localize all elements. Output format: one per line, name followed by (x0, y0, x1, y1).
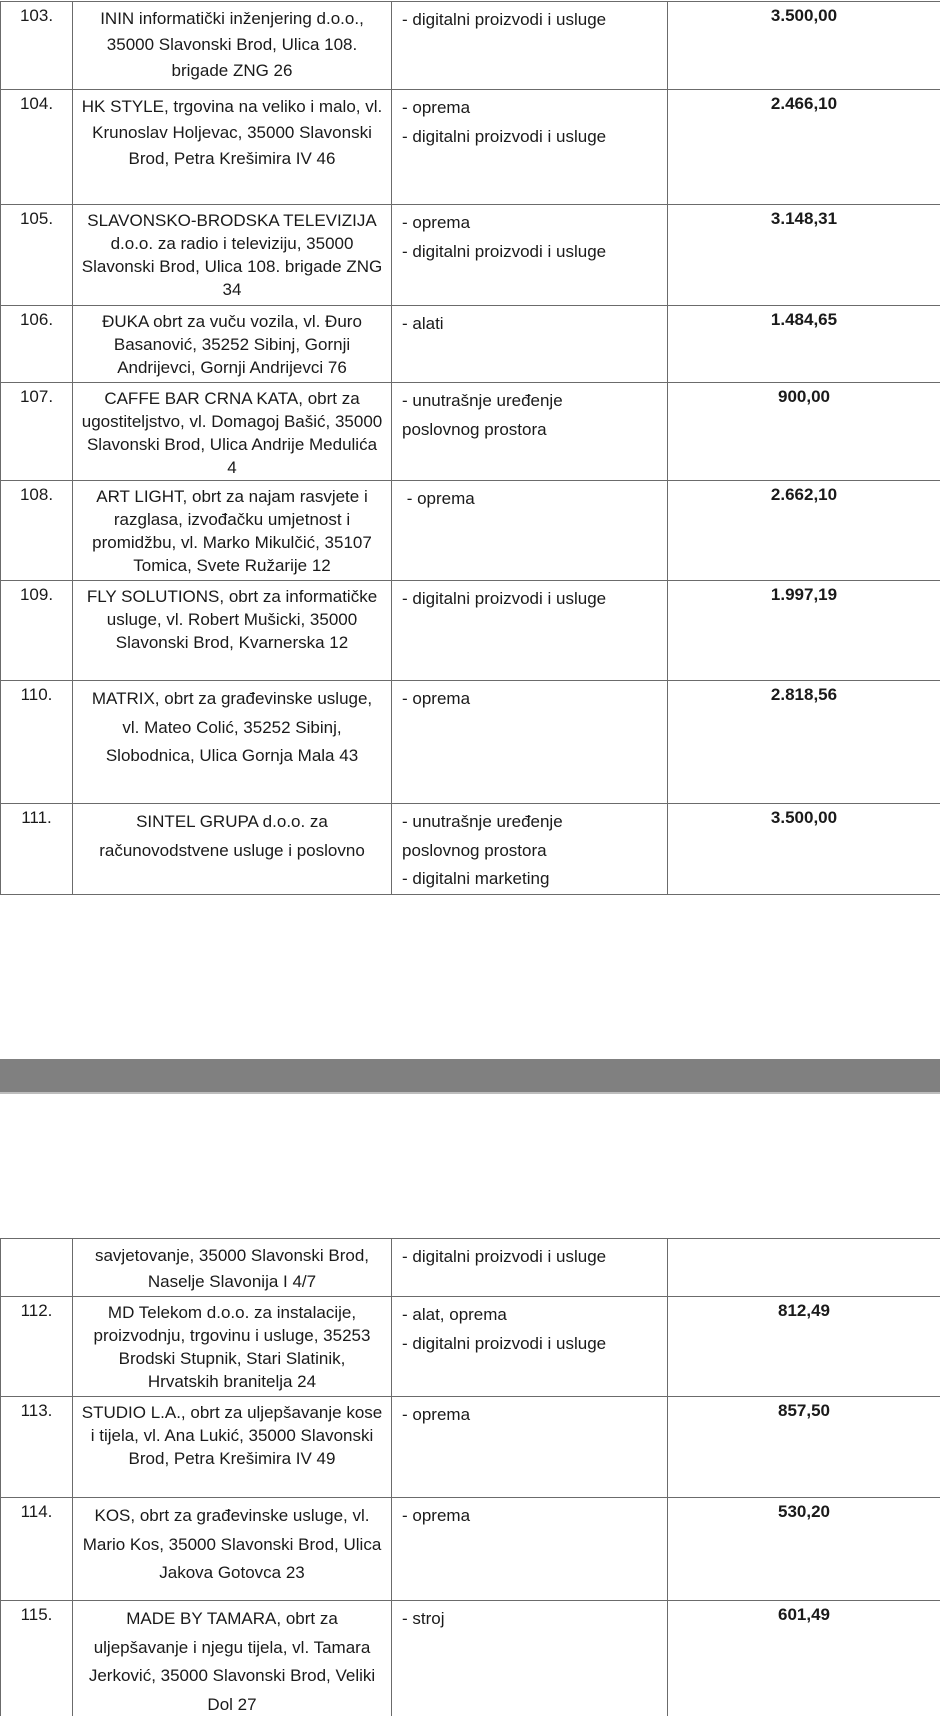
category-item: - unutrašnje uređenje (402, 808, 667, 837)
table-row: 108. ART LIGHT, obrt za najam rasvjete i… (1, 481, 940, 581)
category-item: - oprema (402, 209, 667, 238)
recipient-name-address: MADE BY TAMARA, obrt za uljepšavanje i n… (73, 1601, 392, 1716)
table-row: 114. KOS, obrt za građevinske usluge, vl… (1, 1498, 940, 1601)
grants-table-page-1: 103. ININ informatički inženjering d.o.o… (0, 1, 940, 895)
recipient-name-address: STUDIO L.A., obrt za uljepšavanje kose i… (73, 1397, 392, 1498)
grant-amount: 812,49 (668, 1297, 940, 1397)
row-number: 109. (1, 581, 73, 681)
expense-categories: - oprema- digitalni proizvodi i usluge (392, 90, 668, 205)
row-number: 112. (1, 1297, 73, 1397)
table-row: 112. MD Telekom d.o.o. za instalacije, p… (1, 1297, 940, 1397)
recipient-name-address: MATRIX, obrt za građevinske usluge, vl. … (73, 681, 392, 804)
expense-categories: - alat, oprema- digitalni proizvodi i us… (392, 1297, 668, 1397)
recipient-name-address: SINTEL GRUPA d.o.o. za računovodstvene u… (73, 804, 392, 895)
row-number: 103. (1, 2, 73, 90)
category-item: - digitalni marketing (402, 865, 667, 894)
grant-amount: 2.818,56 (668, 681, 940, 804)
page-break-separator (0, 1059, 940, 1094)
recipient-name-address: CAFFE BAR CRNA KATA, obrt za ugostiteljs… (73, 383, 392, 481)
recipient-name-address: savjetovanje, 35000 Slavonski Brod, Nase… (73, 1239, 392, 1297)
category-item: poslovnog prostora (402, 416, 667, 445)
category-item: - oprema (402, 485, 667, 514)
table-row: 110. MATRIX, obrt za građevinske usluge,… (1, 681, 940, 804)
row-number: 105. (1, 205, 73, 306)
category-item: - alati (402, 310, 667, 339)
row-number: 114. (1, 1498, 73, 1601)
category-item: - digitalni proizvodi i usluge (402, 585, 667, 614)
table-row: 103. ININ informatički inženjering d.o.o… (1, 2, 940, 90)
grants-table-page-2: savjetovanje, 35000 Slavonski Brod, Nase… (0, 1238, 940, 1716)
grant-amount: 3.500,00 (668, 804, 940, 895)
category-item: - digitalni proizvodi i usluge (402, 1243, 667, 1272)
recipient-name-address: MD Telekom d.o.o. za instalacije, proizv… (73, 1297, 392, 1397)
row-number: 104. (1, 90, 73, 205)
grant-amount: 2.662,10 (668, 481, 940, 581)
category-item: - digitalni proizvodi i usluge (402, 6, 667, 35)
category-item: - unutrašnje uređenje (402, 387, 667, 416)
grant-amount: 3.500,00 (668, 2, 940, 90)
row-number: 113. (1, 1397, 73, 1498)
grant-amount: 1.997,19 (668, 581, 940, 681)
recipient-name-address: KOS, obrt za građevinske usluge, vl. Mar… (73, 1498, 392, 1601)
expense-categories: - unutrašnje uređenjeposlovnog prostora (392, 383, 668, 481)
expense-categories: - alati (392, 306, 668, 383)
row-number: 107. (1, 383, 73, 481)
row-number: 106. (1, 306, 73, 383)
expense-categories: - oprema- digitalni proizvodi i usluge (392, 205, 668, 306)
row-number: 108. (1, 481, 73, 581)
recipient-name-address: HK STYLE, trgovina na veliko i malo, vl.… (73, 90, 392, 205)
grant-amount: 601,49 (668, 1601, 940, 1716)
category-item: - oprema (402, 1502, 667, 1531)
recipient-name-address: ART LIGHT, obrt za najam rasvjete i razg… (73, 481, 392, 581)
expense-categories: - unutrašnje uređenjeposlovnog prostora-… (392, 804, 668, 895)
recipient-name-address: ININ informatički inženjering d.o.o., 35… (73, 2, 392, 90)
table-row: 113. STUDIO L.A., obrt za uljepšavanje k… (1, 1397, 940, 1498)
grant-amount: 530,20 (668, 1498, 940, 1601)
expense-categories: - digitalni proizvodi i usluge (392, 1239, 668, 1297)
table-row: 115. MADE BY TAMARA, obrt za uljepšavanj… (1, 1601, 940, 1716)
recipient-name-address: ĐUKA obrt za vuču vozila, vl. Đuro Basan… (73, 306, 392, 383)
expense-categories: - oprema (392, 1498, 668, 1601)
row-number: 111. (1, 804, 73, 895)
category-item: - oprema (402, 1401, 667, 1430)
table-row: 107. CAFFE BAR CRNA KATA, obrt za ugosti… (1, 383, 940, 481)
table-row: 106. ĐUKA obrt za vuču vozila, vl. Đuro … (1, 306, 940, 383)
grant-amount: 2.466,10 (668, 90, 940, 205)
category-item: - digitalni proizvodi i usluge (402, 123, 667, 152)
table-row: 109. FLY SOLUTIONS, obrt za informatičke… (1, 581, 940, 681)
grant-amount: 3.148,31 (668, 205, 940, 306)
grant-amount: 857,50 (668, 1397, 940, 1498)
row-number (1, 1239, 73, 1297)
recipient-name-address: SLAVONSKO-BRODSKA TELEVIZIJA d.o.o. za r… (73, 205, 392, 306)
expense-categories: - oprema (392, 1397, 668, 1498)
table-row: savjetovanje, 35000 Slavonski Brod, Nase… (1, 1239, 940, 1297)
expense-categories: - oprema (392, 681, 668, 804)
grant-amount (668, 1239, 940, 1297)
category-item: poslovnog prostora (402, 837, 667, 866)
grant-amount: 1.484,65 (668, 306, 940, 383)
category-item: - alat, oprema (402, 1301, 667, 1330)
table-row: 104. HK STYLE, trgovina na veliko i malo… (1, 90, 940, 205)
category-item: - oprema (402, 685, 667, 714)
row-number: 110. (1, 681, 73, 804)
expense-categories: - oprema (392, 481, 668, 581)
category-item: - digitalni proizvodi i usluge (402, 238, 667, 267)
category-item: - stroj (402, 1605, 667, 1634)
table-row: 111. SINTEL GRUPA d.o.o. za računovodstv… (1, 804, 940, 895)
category-item: - digitalni proizvodi i usluge (402, 1330, 667, 1359)
expense-categories: - digitalni proizvodi i usluge (392, 581, 668, 681)
row-number: 115. (1, 1601, 73, 1716)
expense-categories: - stroj (392, 1601, 668, 1716)
table-row: 105. SLAVONSKO-BRODSKA TELEVIZIJA d.o.o.… (1, 205, 940, 306)
grant-amount: 900,00 (668, 383, 940, 481)
category-item: - oprema (402, 94, 667, 123)
expense-categories: - digitalni proizvodi i usluge (392, 2, 668, 90)
recipient-name-address: FLY SOLUTIONS, obrt za informatičke uslu… (73, 581, 392, 681)
